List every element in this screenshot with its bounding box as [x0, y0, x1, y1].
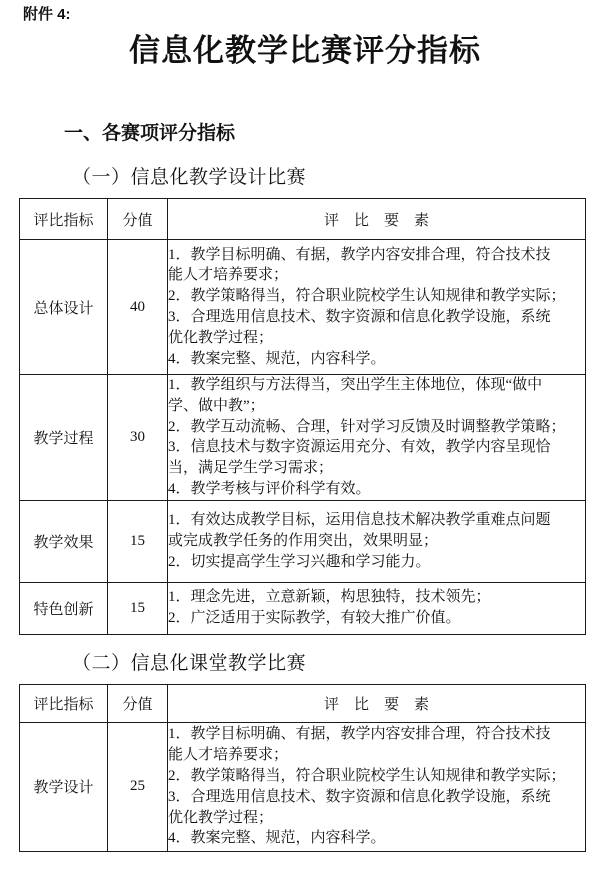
indicator-cell: 教学过程 — [20, 375, 108, 501]
section-heading: 一、各赛项评分指标 — [64, 123, 610, 145]
document-page: 附件 4: 信息化教学比赛评分指标 一、各赛项评分指标 （一）信息化教学设计比赛… — [0, 5, 610, 871]
column-header-criteria: 评 比 要 素 — [168, 199, 586, 240]
criteria-cell: 1．教学组织与方法得当，突出学生主体地位，体现“做中 学、做中教”； 2．教学互… — [168, 375, 586, 501]
document-title: 信息化教学比赛评分指标 — [0, 33, 610, 69]
score-cell: 15 — [108, 500, 168, 582]
criteria-cell: 1．教学目标明确、有据，教学内容安排合理，符合技术技 能人才培养要求； 2．教学… — [168, 722, 586, 851]
design-competition-score-table: 评比指标 分值 评 比 要 素 总体设计 40 1．教学目标明确、有据，教学内容… — [19, 198, 586, 635]
criteria-cell: 1．教学目标明确、有据，教学内容安排合理，符合技术技 能人才培养要求； 2．教学… — [168, 240, 586, 375]
score-cell: 15 — [108, 582, 168, 634]
indicator-cell: 教学效果 — [20, 500, 108, 582]
column-header-criteria: 评 比 要 素 — [168, 684, 586, 722]
table-row: 特色创新 15 1．理念先进，立意新颖，构思独特，技术领先； 2．广泛适用于实际… — [20, 582, 586, 634]
table-row: 教学效果 15 1．有效达成教学目标，运用信息技术解决教学重难点问题 或完成教学… — [20, 500, 586, 582]
indicator-cell: 总体设计 — [20, 240, 108, 375]
indicator-cell: 教学设计 — [20, 722, 108, 851]
indicator-cell: 特色创新 — [20, 582, 108, 634]
table-header-row: 评比指标 分值 评 比 要 素 — [20, 684, 586, 722]
attachment-label: 附件 4: — [23, 5, 610, 24]
column-header-score: 分值 — [108, 684, 168, 722]
column-header-score: 分值 — [108, 199, 168, 240]
column-header-indicator: 评比指标 — [20, 199, 108, 240]
table-row: 教学设计 25 1．教学目标明确、有据，教学内容安排合理，符合技术技 能人才培养… — [20, 722, 586, 851]
classroom-competition-score-table: 评比指标 分值 评 比 要 素 教学设计 25 1．教学目标明确、有据，教学内容… — [19, 684, 586, 852]
score-cell: 30 — [108, 375, 168, 501]
criteria-cell: 1．有效达成教学目标，运用信息技术解决教学重难点问题 或完成教学任务的作用突出，… — [168, 500, 586, 582]
subsection-heading-design-competition: （一）信息化教学设计比赛 — [72, 166, 610, 189]
criteria-cell: 1．理念先进，立意新颖，构思独特，技术领先； 2．广泛适用于实际教学，有较大推广… — [168, 582, 586, 634]
score-cell: 40 — [108, 240, 168, 375]
table-row: 教学过程 30 1．教学组织与方法得当，突出学生主体地位，体现“做中 学、做中教… — [20, 375, 586, 501]
table-row: 总体设计 40 1．教学目标明确、有据，教学内容安排合理，符合技术技 能人才培养… — [20, 240, 586, 375]
subsection-heading-classroom-competition: （二）信息化课堂教学比赛 — [72, 652, 610, 675]
table-header-row: 评比指标 分值 评 比 要 素 — [20, 199, 586, 240]
column-header-indicator: 评比指标 — [20, 684, 108, 722]
score-cell: 25 — [108, 722, 168, 851]
